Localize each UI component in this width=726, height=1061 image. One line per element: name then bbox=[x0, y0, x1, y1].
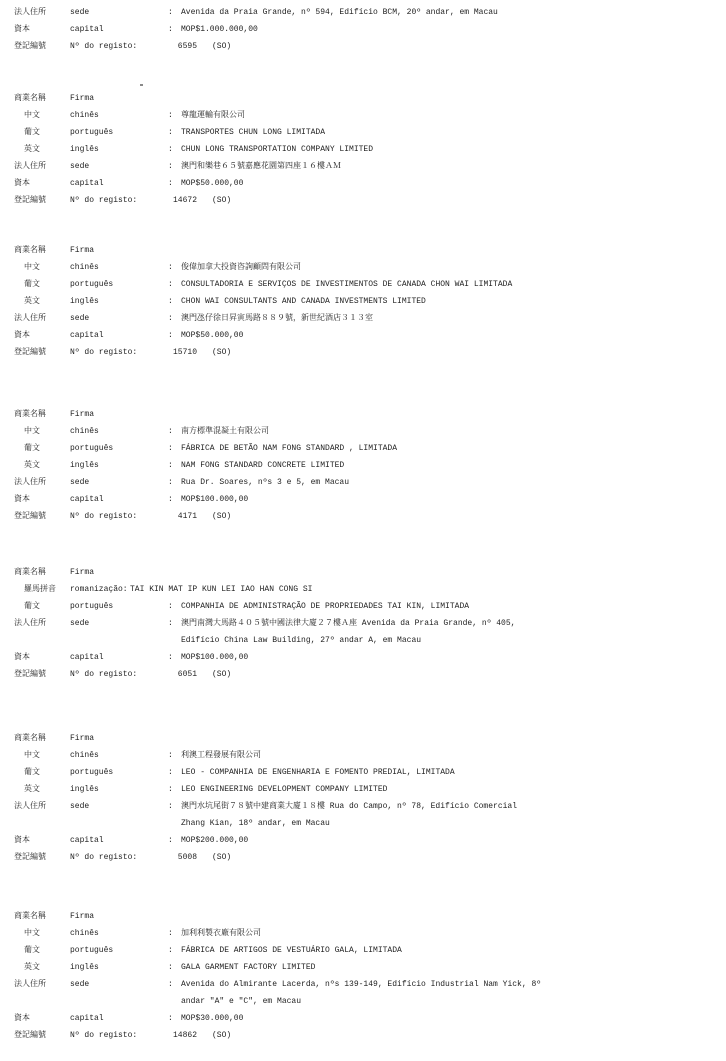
colon-separator: : bbox=[168, 474, 173, 491]
label-cn: 商業名稱 bbox=[14, 908, 46, 925]
label-pt: chinês bbox=[70, 423, 99, 440]
colon-separator: : bbox=[168, 107, 173, 124]
label-cn: 英文 bbox=[24, 959, 40, 976]
row-english-name: 英文inglês:LEO ENGINEERING DEVELOPMENT COM… bbox=[0, 781, 726, 798]
registration-suffix: (SO) bbox=[212, 344, 231, 361]
label-cn: 登記編號 bbox=[14, 192, 46, 209]
registry-entry: 法人住所sede:Avenida da Praia Grande, nº 594… bbox=[0, 4, 726, 55]
label-cn: 資本 bbox=[14, 649, 30, 666]
label-cn: 英文 bbox=[24, 781, 40, 798]
colon-separator: : bbox=[168, 491, 173, 508]
label-pt: Firma bbox=[70, 730, 94, 747]
value: MOP$200.000,00 bbox=[181, 832, 248, 849]
value: Zhang Kian, 18º andar, em Macau bbox=[181, 815, 330, 832]
value: Rua Dr. Soares, nºs 3 e 5, em Macau bbox=[181, 474, 349, 491]
colon-separator: : bbox=[168, 423, 173, 440]
row-portuguese-name: 葡文português:COMPANHIA DE ADMINISTRAÇÃO D… bbox=[0, 598, 726, 615]
row-firma: 商業名稱Firma bbox=[0, 730, 726, 747]
registry-page: { "colors": {"text": "#1f1f1f", "backgro… bbox=[0, 0, 726, 1061]
row-address: 法人住所sede:澳門水坑尾街７８號中建商業大廈１８樓 Rua do Campo… bbox=[0, 798, 726, 815]
value: MOP$50.000,00 bbox=[181, 175, 243, 192]
colon-separator: : bbox=[168, 440, 173, 457]
colon-separator: : bbox=[168, 4, 173, 21]
colon-separator: : bbox=[168, 124, 173, 141]
label-cn: 中文 bbox=[24, 259, 40, 276]
value: 加利利製衣廠有限公司 bbox=[181, 925, 261, 942]
colon-separator: : bbox=[168, 141, 173, 158]
colon-separator: : bbox=[168, 925, 173, 942]
registration-suffix: (SO) bbox=[212, 508, 231, 525]
registration-number: 15710 bbox=[155, 344, 197, 361]
label-cn: 葡文 bbox=[24, 942, 40, 959]
value: Avenida da Praia Grande, nº 594, Edifíci… bbox=[181, 4, 498, 21]
colon-separator: : bbox=[168, 781, 173, 798]
row-portuguese-name: 葡文português:FÁBRICA DE ARTIGOS DE VESTUÁ… bbox=[0, 942, 726, 959]
value: FÁBRICA DE BETÃO NAM FONG STANDARD , LIM… bbox=[181, 440, 397, 457]
value: 俊偉加拿大投資咨詢顧問有限公司 bbox=[181, 259, 301, 276]
registry-entry: 商業名稱Firma 中文chinês:利澳工程發展有限公司 葡文portuguê… bbox=[0, 730, 726, 866]
row-english-name: 英文inglês:GALA GARMENT FACTORY LIMITED bbox=[0, 959, 726, 976]
label-pt: sede bbox=[70, 798, 89, 815]
label-pt: Nº do registo: bbox=[70, 192, 137, 209]
value: CHUN LONG TRANSPORTATION COMPANY LIMITED bbox=[181, 141, 373, 158]
registry-entry: 商業名稱Firma 中文chinês:俊偉加拿大投資咨詢顧問有限公司 葡文por… bbox=[0, 242, 726, 361]
registration-number: 4171 bbox=[155, 508, 197, 525]
row-romanization: 羅馬拼音romanização:TAI KIN MAT IP KUN LEI I… bbox=[0, 581, 726, 598]
colon-separator: : bbox=[168, 832, 173, 849]
label-cn: 葡文 bbox=[24, 440, 40, 457]
label-cn: 資本 bbox=[14, 491, 30, 508]
label-cn: 登記編號 bbox=[14, 344, 46, 361]
label-pt: inglês bbox=[70, 959, 99, 976]
row-capital: 資本capital:MOP$100.000,00 bbox=[0, 491, 726, 508]
label-cn: 登記編號 bbox=[14, 1027, 46, 1044]
label-pt: português bbox=[70, 276, 113, 293]
row-address-continuation: Edifício China Law Building, 27º andar A… bbox=[0, 632, 726, 649]
label-cn: 商業名稱 bbox=[14, 90, 46, 107]
label-pt: capital bbox=[70, 1010, 104, 1027]
label-cn: 登記編號 bbox=[14, 666, 46, 683]
row-address-continuation: andar "A" e "C", em Macau bbox=[0, 993, 726, 1010]
value: CONSULTADORIA E SERVIÇOS DE INVESTIMENTO… bbox=[181, 276, 512, 293]
label-cn: 法人住所 bbox=[14, 474, 46, 491]
label-pt: sede bbox=[70, 4, 89, 21]
label-cn: 資本 bbox=[14, 175, 30, 192]
label-cn: 中文 bbox=[24, 423, 40, 440]
label-cn: 資本 bbox=[14, 832, 30, 849]
label-cn: 英文 bbox=[24, 293, 40, 310]
row-address-continuation: Zhang Kian, 18º andar, em Macau bbox=[0, 815, 726, 832]
colon-separator: : bbox=[168, 615, 173, 632]
label-pt: Firma bbox=[70, 564, 94, 581]
row-address: 法人住所sede:澳門南灣大馬路４０５號中國法律大廈２７樓Ａ座 Avenida … bbox=[0, 615, 726, 632]
colon-separator: : bbox=[168, 327, 173, 344]
value: TAI KIN MAT IP KUN LEI IAO HAN CONG SI bbox=[130, 581, 312, 598]
label-pt: Nº do registo: bbox=[70, 508, 137, 525]
colon-separator: : bbox=[168, 276, 173, 293]
value: MOP$100.000,00 bbox=[181, 491, 248, 508]
value: GALA GARMENT FACTORY LIMITED bbox=[181, 959, 315, 976]
value: Edifício China Law Building, 27º andar A… bbox=[181, 632, 421, 649]
colon-separator: : bbox=[168, 1010, 173, 1027]
label-pt: capital bbox=[70, 832, 104, 849]
label-cn: 法人住所 bbox=[14, 310, 46, 327]
label-cn: 登記編號 bbox=[14, 38, 46, 55]
value: 尊龍運輸有限公司 bbox=[181, 107, 245, 124]
colon-separator: : bbox=[168, 259, 173, 276]
label-pt: capital bbox=[70, 491, 104, 508]
label-cn: 資本 bbox=[14, 1010, 30, 1027]
value: COMPANHIA DE ADMINISTRAÇÃO DE PROPRIEDAD… bbox=[181, 598, 469, 615]
colon-separator: : bbox=[168, 649, 173, 666]
label-pt: Firma bbox=[70, 406, 94, 423]
label-pt: chinês bbox=[70, 259, 99, 276]
label-cn: 商業名稱 bbox=[14, 406, 46, 423]
colon-separator: : bbox=[168, 175, 173, 192]
label-pt: capital bbox=[70, 649, 104, 666]
row-address: 法人住所sede:澳門和樂巷６５號嘉應花園第四座１６樓ＡＭ bbox=[0, 158, 726, 175]
row-registration: 登記編號Nº do registo:15710(SO) bbox=[0, 344, 726, 361]
registration-suffix: (SO) bbox=[212, 192, 231, 209]
value: FÁBRICA DE ARTIGOS DE VESTUÁRIO GALA, LI… bbox=[181, 942, 402, 959]
row-chinese-name: 中文chinês:俊偉加拿大投資咨詢顧問有限公司 bbox=[0, 259, 726, 276]
colon-separator: : bbox=[168, 158, 173, 175]
row-english-name: 英文inglês:NAM FONG STANDARD CONCRETE LIMI… bbox=[0, 457, 726, 474]
colon-separator: : bbox=[168, 747, 173, 764]
row-registration: 登記編號Nº do registo:6595(SO) bbox=[0, 38, 726, 55]
row-capital: 資本capital:MOP$200.000,00 bbox=[0, 832, 726, 849]
row-capital: 資本capital:MOP$1.000.000,00 bbox=[0, 21, 726, 38]
label-cn: 資本 bbox=[14, 21, 30, 38]
value: MOP$1.000.000,00 bbox=[181, 21, 258, 38]
label-cn: 葡文 bbox=[24, 598, 40, 615]
label-pt: Nº do registo: bbox=[70, 1027, 137, 1044]
colon-separator: : bbox=[168, 976, 173, 993]
label-pt: sede bbox=[70, 615, 89, 632]
registry-entry: 商業名稱Firma 中文chinês:加利利製衣廠有限公司 葡文portuguê… bbox=[0, 908, 726, 1044]
label-cn: 英文 bbox=[24, 457, 40, 474]
value: 澳門南灣大馬路４０５號中國法律大廈２７樓Ａ座 Avenida da Praia … bbox=[181, 615, 515, 632]
label-pt: português bbox=[70, 598, 113, 615]
row-portuguese-name: 葡文português:TRANSPORTES CHUN LONG LIMITA… bbox=[0, 124, 726, 141]
value: MOP$50.000,00 bbox=[181, 327, 243, 344]
row-capital: 資本capital:MOP$50.000,00 bbox=[0, 175, 726, 192]
label-pt: sede bbox=[70, 310, 89, 327]
registration-number: 5008 bbox=[155, 849, 197, 866]
label-pt: romanização: bbox=[70, 581, 128, 598]
value: 澳門氹仔徐日昇寅馬路８８９號，新世紀酒店３１３室 bbox=[181, 310, 373, 327]
value: NAM FONG STANDARD CONCRETE LIMITED bbox=[181, 457, 344, 474]
registration-suffix: (SO) bbox=[212, 849, 231, 866]
label-cn: 中文 bbox=[24, 107, 40, 124]
label-cn: 中文 bbox=[24, 747, 40, 764]
label-pt: inglês bbox=[70, 457, 99, 474]
label-pt: inglês bbox=[70, 141, 99, 158]
colon-separator: : bbox=[168, 457, 173, 474]
registry-entry: 商業名稱Firma 羅馬拼音romanização:TAI KIN MAT IP… bbox=[0, 564, 726, 683]
value: LEO ENGINEERING DEVELOPMENT COMPANY LIMI… bbox=[181, 781, 387, 798]
label-cn: 中文 bbox=[24, 925, 40, 942]
colon-separator: : bbox=[168, 764, 173, 781]
row-chinese-name: 中文chinês:南方標準混凝土有限公司 bbox=[0, 423, 726, 440]
registration-number: 6595 bbox=[155, 38, 197, 55]
label-pt: português bbox=[70, 124, 113, 141]
colon-separator: : bbox=[168, 21, 173, 38]
label-pt: chinês bbox=[70, 747, 99, 764]
value: 澳門和樂巷６５號嘉應花園第四座１６樓ＡＭ bbox=[181, 158, 341, 175]
value: MOP$30.000,00 bbox=[181, 1010, 243, 1027]
scan-artifact-dot bbox=[140, 84, 143, 86]
row-registration: 登記編號Nº do registo:5008(SO) bbox=[0, 849, 726, 866]
label-cn: 法人住所 bbox=[14, 798, 46, 815]
row-chinese-name: 中文chinês:加利利製衣廠有限公司 bbox=[0, 925, 726, 942]
label-cn: 商業名稱 bbox=[14, 242, 46, 259]
label-pt: capital bbox=[70, 175, 104, 192]
label-pt: Nº do registo: bbox=[70, 849, 137, 866]
label-cn: 法人住所 bbox=[14, 976, 46, 993]
colon-separator: : bbox=[168, 959, 173, 976]
row-firma: 商業名稱Firma bbox=[0, 406, 726, 423]
colon-separator: : bbox=[168, 310, 173, 327]
label-pt: sede bbox=[70, 158, 89, 175]
row-address: 法人住所sede:Avenida da Praia Grande, nº 594… bbox=[0, 4, 726, 21]
colon-separator: : bbox=[168, 598, 173, 615]
registration-suffix: (SO) bbox=[212, 38, 231, 55]
label-cn: 英文 bbox=[24, 141, 40, 158]
label-cn: 登記編號 bbox=[14, 849, 46, 866]
row-registration: 登記編號Nº do registo:14862(SO) bbox=[0, 1027, 726, 1044]
label-pt: chinês bbox=[70, 107, 99, 124]
label-pt: Nº do registo: bbox=[70, 344, 137, 361]
colon-separator: : bbox=[168, 798, 173, 815]
row-registration: 登記編號Nº do registo:4171(SO) bbox=[0, 508, 726, 525]
value: CHON WAI CONSULTANTS AND CANADA INVESTME… bbox=[181, 293, 426, 310]
registration-suffix: (SO) bbox=[212, 666, 231, 683]
value: 澳門水坑尾街７８號中建商業大廈１８樓 Rua do Campo, nº 78, … bbox=[181, 798, 517, 815]
row-english-name: 英文inglês:CHUN LONG TRANSPORTATION COMPAN… bbox=[0, 141, 726, 158]
label-pt: inglês bbox=[70, 293, 99, 310]
label-cn: 葡文 bbox=[24, 276, 40, 293]
row-firma: 商業名稱Firma bbox=[0, 908, 726, 925]
row-address: 法人住所sede:澳門氹仔徐日昇寅馬路８８９號，新世紀酒店３１３室 bbox=[0, 310, 726, 327]
label-pt: inglês bbox=[70, 781, 99, 798]
label-cn: 羅馬拼音 bbox=[24, 581, 56, 598]
value: 南方標準混凝土有限公司 bbox=[181, 423, 269, 440]
label-pt: Nº do registo: bbox=[70, 38, 137, 55]
value: MOP$100.000,00 bbox=[181, 649, 248, 666]
label-pt: Firma bbox=[70, 908, 94, 925]
row-portuguese-name: 葡文português:LEO - COMPANHIA DE ENGENHARI… bbox=[0, 764, 726, 781]
row-english-name: 英文inglês:CHON WAI CONSULTANTS AND CANADA… bbox=[0, 293, 726, 310]
row-capital: 資本capital:MOP$50.000,00 bbox=[0, 327, 726, 344]
row-address: 法人住所sede:Rua Dr. Soares, nºs 3 e 5, em M… bbox=[0, 474, 726, 491]
row-chinese-name: 中文chinês:利澳工程發展有限公司 bbox=[0, 747, 726, 764]
label-cn: 法人住所 bbox=[14, 158, 46, 175]
value: Avenida do Almirante Lacerda, nºs 139-14… bbox=[181, 976, 541, 993]
row-address: 法人住所sede:Avenida do Almirante Lacerda, n… bbox=[0, 976, 726, 993]
row-portuguese-name: 葡文português:FÁBRICA DE BETÃO NAM FONG ST… bbox=[0, 440, 726, 457]
row-firma: 商業名稱Firma bbox=[0, 564, 726, 581]
row-registration: 登記編號Nº do registo:14672(SO) bbox=[0, 192, 726, 209]
label-pt: Firma bbox=[70, 90, 94, 107]
row-firma: 商業名稱Firma bbox=[0, 242, 726, 259]
label-cn: 法人住所 bbox=[14, 615, 46, 632]
registration-number: 6051 bbox=[155, 666, 197, 683]
label-cn: 商業名稱 bbox=[14, 730, 46, 747]
colon-separator: : bbox=[168, 293, 173, 310]
value: TRANSPORTES CHUN LONG LIMITADA bbox=[181, 124, 325, 141]
registry-entry: 商業名稱Firma 中文chinês:南方標準混凝土有限公司 葡文portugu… bbox=[0, 406, 726, 525]
value: andar "A" e "C", em Macau bbox=[181, 993, 301, 1010]
registry-entry: 商業名稱Firma 中文chinês:尊龍運輸有限公司 葡文português:… bbox=[0, 90, 726, 209]
row-firma: 商業名稱Firma bbox=[0, 90, 726, 107]
label-pt: Nº do registo: bbox=[70, 666, 137, 683]
label-pt: Firma bbox=[70, 242, 94, 259]
value: 利澳工程發展有限公司 bbox=[181, 747, 261, 764]
row-registration: 登記編號Nº do registo:6051(SO) bbox=[0, 666, 726, 683]
row-capital: 資本capital:MOP$100.000,00 bbox=[0, 649, 726, 666]
label-cn: 葡文 bbox=[24, 124, 40, 141]
registration-suffix: (SO) bbox=[212, 1027, 231, 1044]
label-cn: 葡文 bbox=[24, 764, 40, 781]
label-pt: português bbox=[70, 764, 113, 781]
registration-number: 14672 bbox=[155, 192, 197, 209]
label-pt: capital bbox=[70, 21, 104, 38]
label-cn: 登記編號 bbox=[14, 508, 46, 525]
row-capital: 資本capital:MOP$30.000,00 bbox=[0, 1010, 726, 1027]
label-cn: 資本 bbox=[14, 327, 30, 344]
label-pt: sede bbox=[70, 976, 89, 993]
label-cn: 法人住所 bbox=[14, 4, 46, 21]
label-cn: 商業名稱 bbox=[14, 564, 46, 581]
label-pt: capital bbox=[70, 327, 104, 344]
label-pt: português bbox=[70, 440, 113, 457]
registration-number: 14862 bbox=[155, 1027, 197, 1044]
row-chinese-name: 中文chinês:尊龍運輸有限公司 bbox=[0, 107, 726, 124]
label-pt: sede bbox=[70, 474, 89, 491]
colon-separator: : bbox=[168, 942, 173, 959]
label-pt: chinês bbox=[70, 925, 99, 942]
label-pt: português bbox=[70, 942, 113, 959]
row-portuguese-name: 葡文português:CONSULTADORIA E SERVIÇOS DE … bbox=[0, 276, 726, 293]
value: LEO - COMPANHIA DE ENGENHARIA E FOMENTO … bbox=[181, 764, 455, 781]
